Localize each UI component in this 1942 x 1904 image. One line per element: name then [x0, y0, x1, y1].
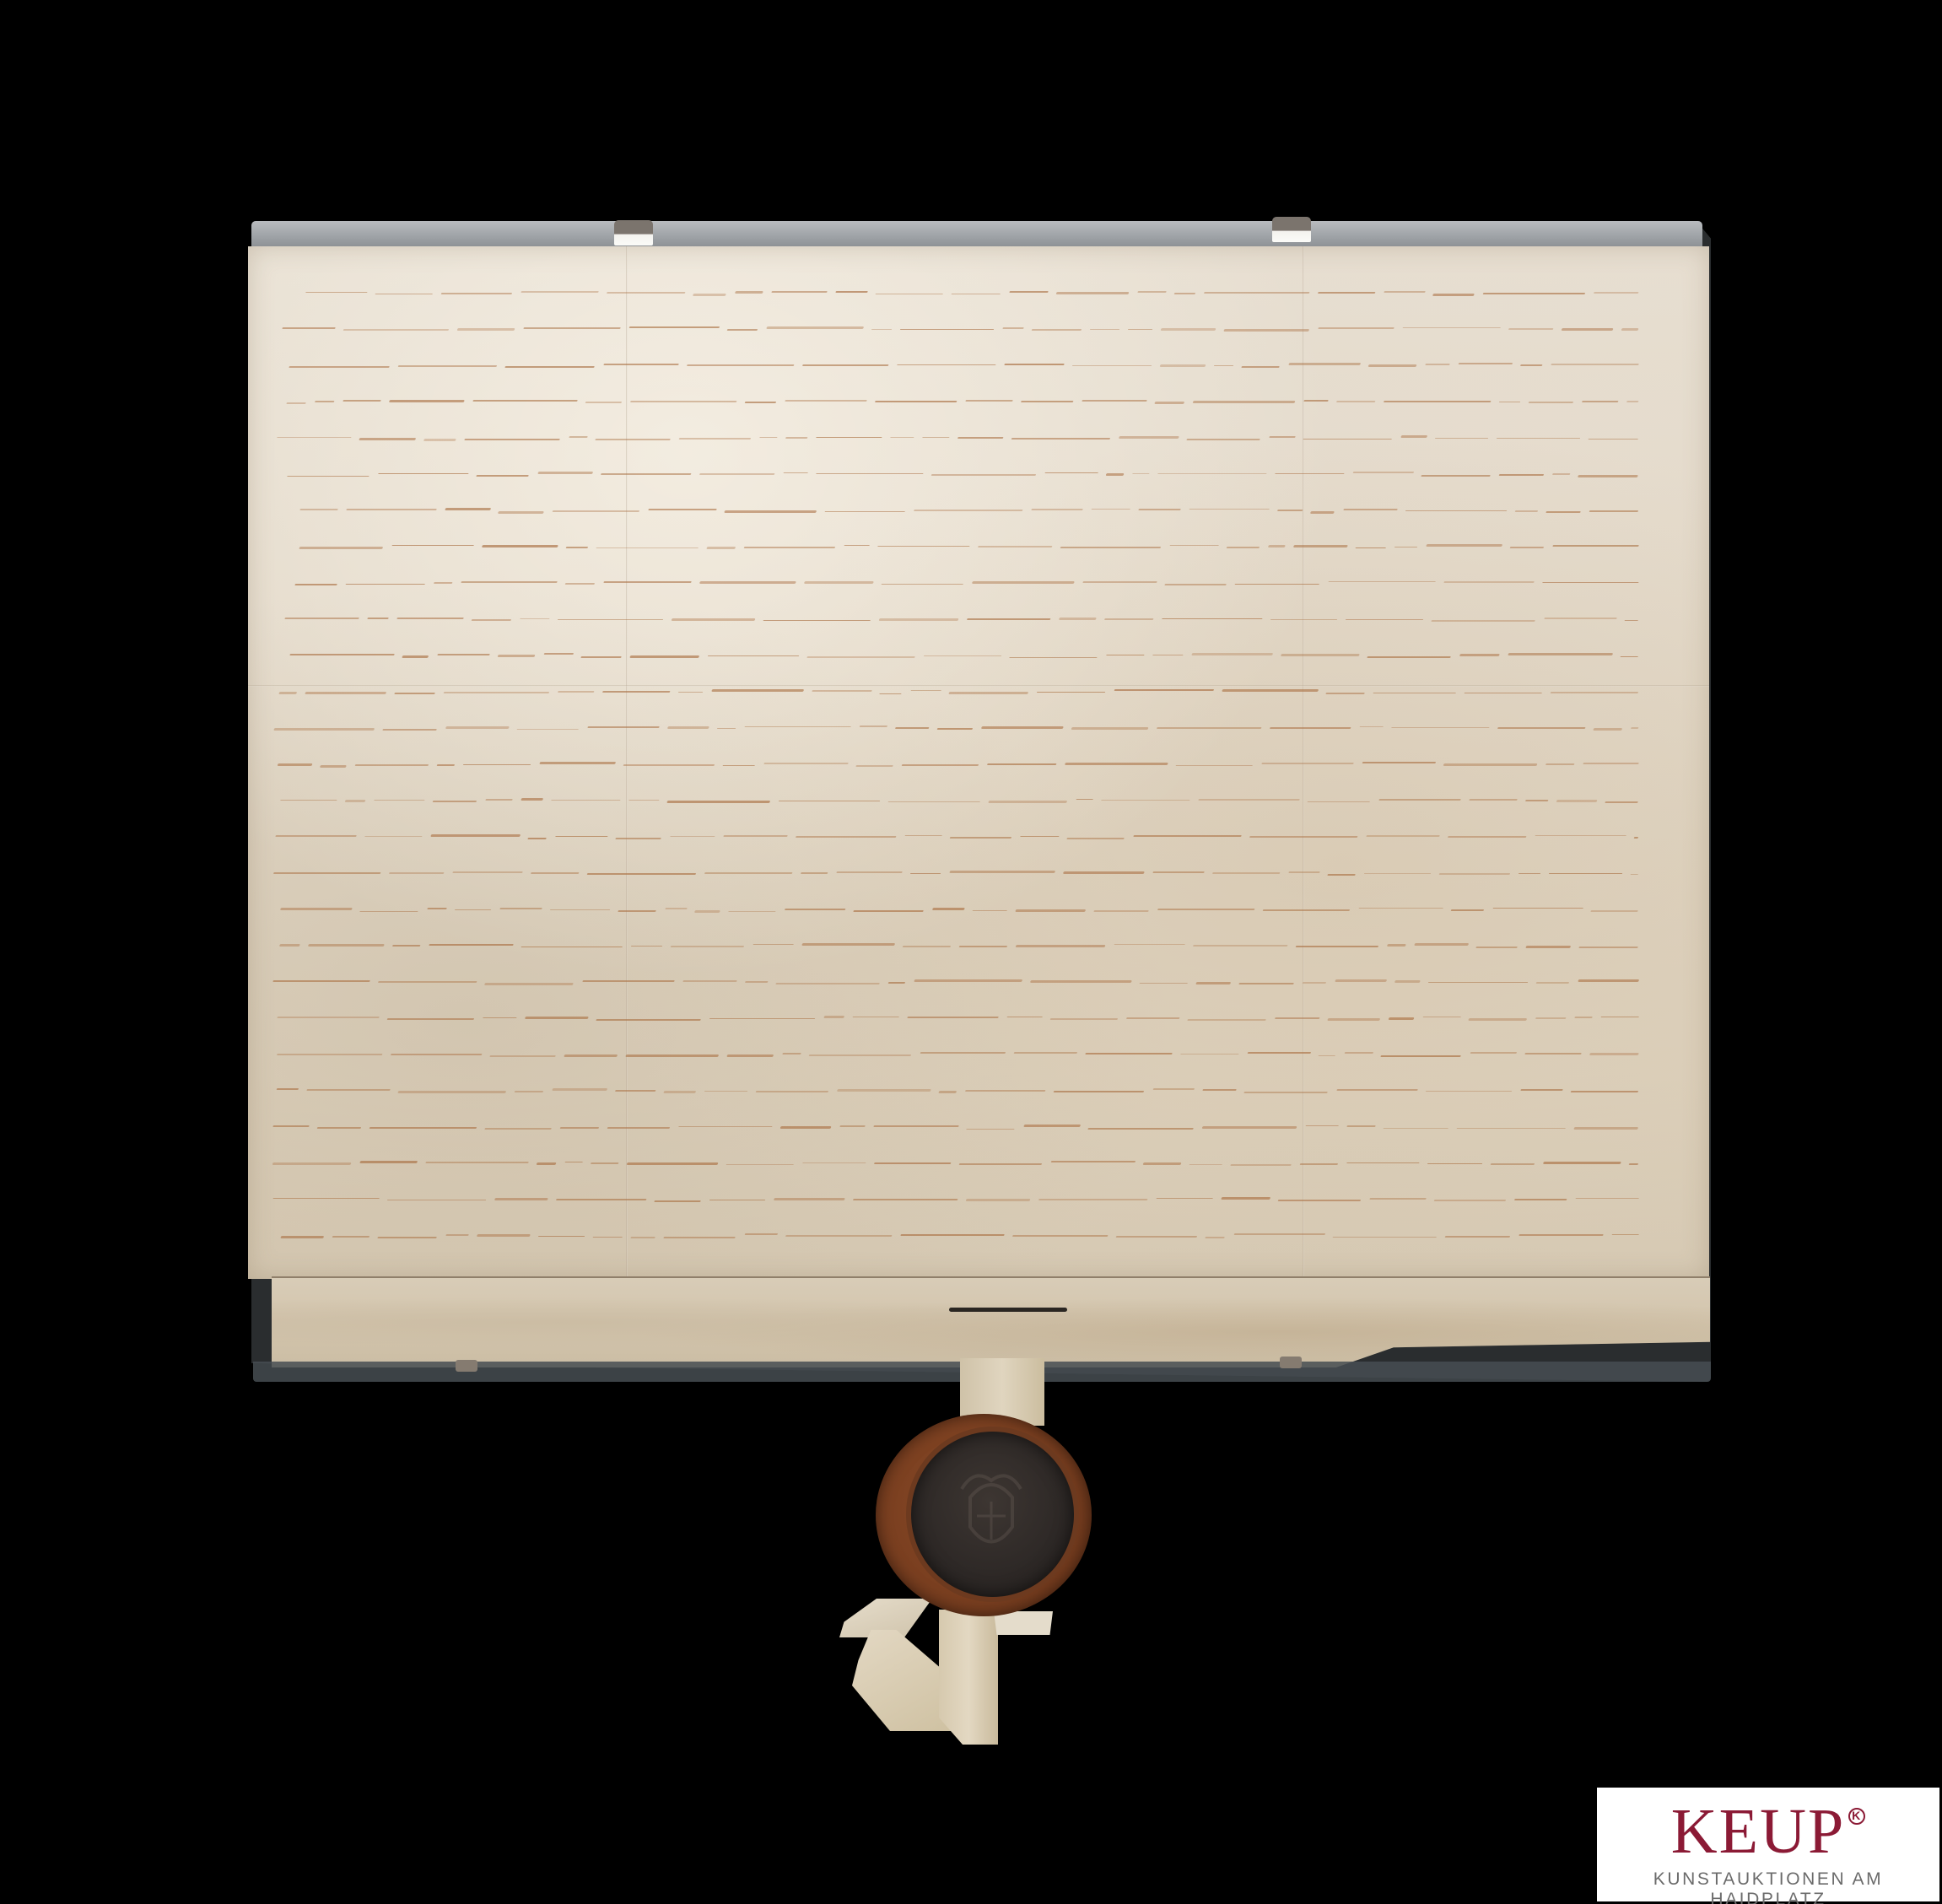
handwritten-line	[267, 270, 1697, 306]
handwritten-line	[267, 923, 1697, 959]
glass-top-edge	[251, 221, 1702, 246]
handwritten-line	[267, 669, 1697, 705]
handwritten-line	[267, 742, 1697, 778]
handwritten-line	[267, 596, 1697, 633]
handwritten-text-block	[273, 270, 1691, 1249]
handwritten-line	[267, 451, 1697, 488]
mount-clip-bottom-left	[456, 1360, 477, 1372]
handwritten-line	[267, 814, 1697, 850]
handwritten-line	[267, 1177, 1697, 1213]
handwritten-line	[267, 306, 1697, 343]
coat-of-arms-icon	[945, 1464, 1038, 1565]
handwritten-line	[267, 488, 1697, 524]
handwritten-line	[267, 1068, 1697, 1104]
logo-brand: KEUPK	[1597, 1799, 1939, 1864]
handwritten-line	[267, 1104, 1697, 1141]
seal-ribbon-center	[939, 1610, 998, 1745]
logo-brand-text: KEUP	[1671, 1796, 1845, 1867]
handwritten-line	[267, 850, 1697, 887]
handwritten-line	[267, 524, 1697, 560]
handwritten-line	[267, 1141, 1697, 1177]
handwritten-line	[267, 959, 1697, 995]
handwritten-line	[267, 1032, 1697, 1068]
mount-clip-top-left	[614, 220, 653, 245]
logo-tagline: KUNSTAUKTIONEN AM HAIDPLATZ	[1597, 1869, 1939, 1904]
handwritten-line	[267, 887, 1697, 923]
handwritten-line	[267, 415, 1697, 451]
seal-ribbon-end-right	[994, 1611, 1053, 1635]
handwritten-line	[267, 343, 1697, 379]
mount-clip-bottom-right	[1280, 1357, 1302, 1368]
handwritten-line	[267, 560, 1697, 596]
registered-mark-icon: K	[1848, 1808, 1865, 1825]
handwritten-line	[267, 995, 1697, 1032]
handwritten-line	[267, 1213, 1697, 1249]
parchment-document	[248, 246, 1709, 1279]
handwritten-line	[267, 379, 1697, 415]
mount-clip-top-right	[1272, 217, 1311, 242]
handwritten-line	[267, 705, 1697, 742]
handwritten-line	[267, 778, 1697, 814]
seal-strap-slit	[949, 1308, 1067, 1312]
keup-logo: KEUPK KUNSTAUKTIONEN AM HAIDPLATZ	[1597, 1788, 1939, 1901]
handwritten-line	[267, 633, 1697, 669]
